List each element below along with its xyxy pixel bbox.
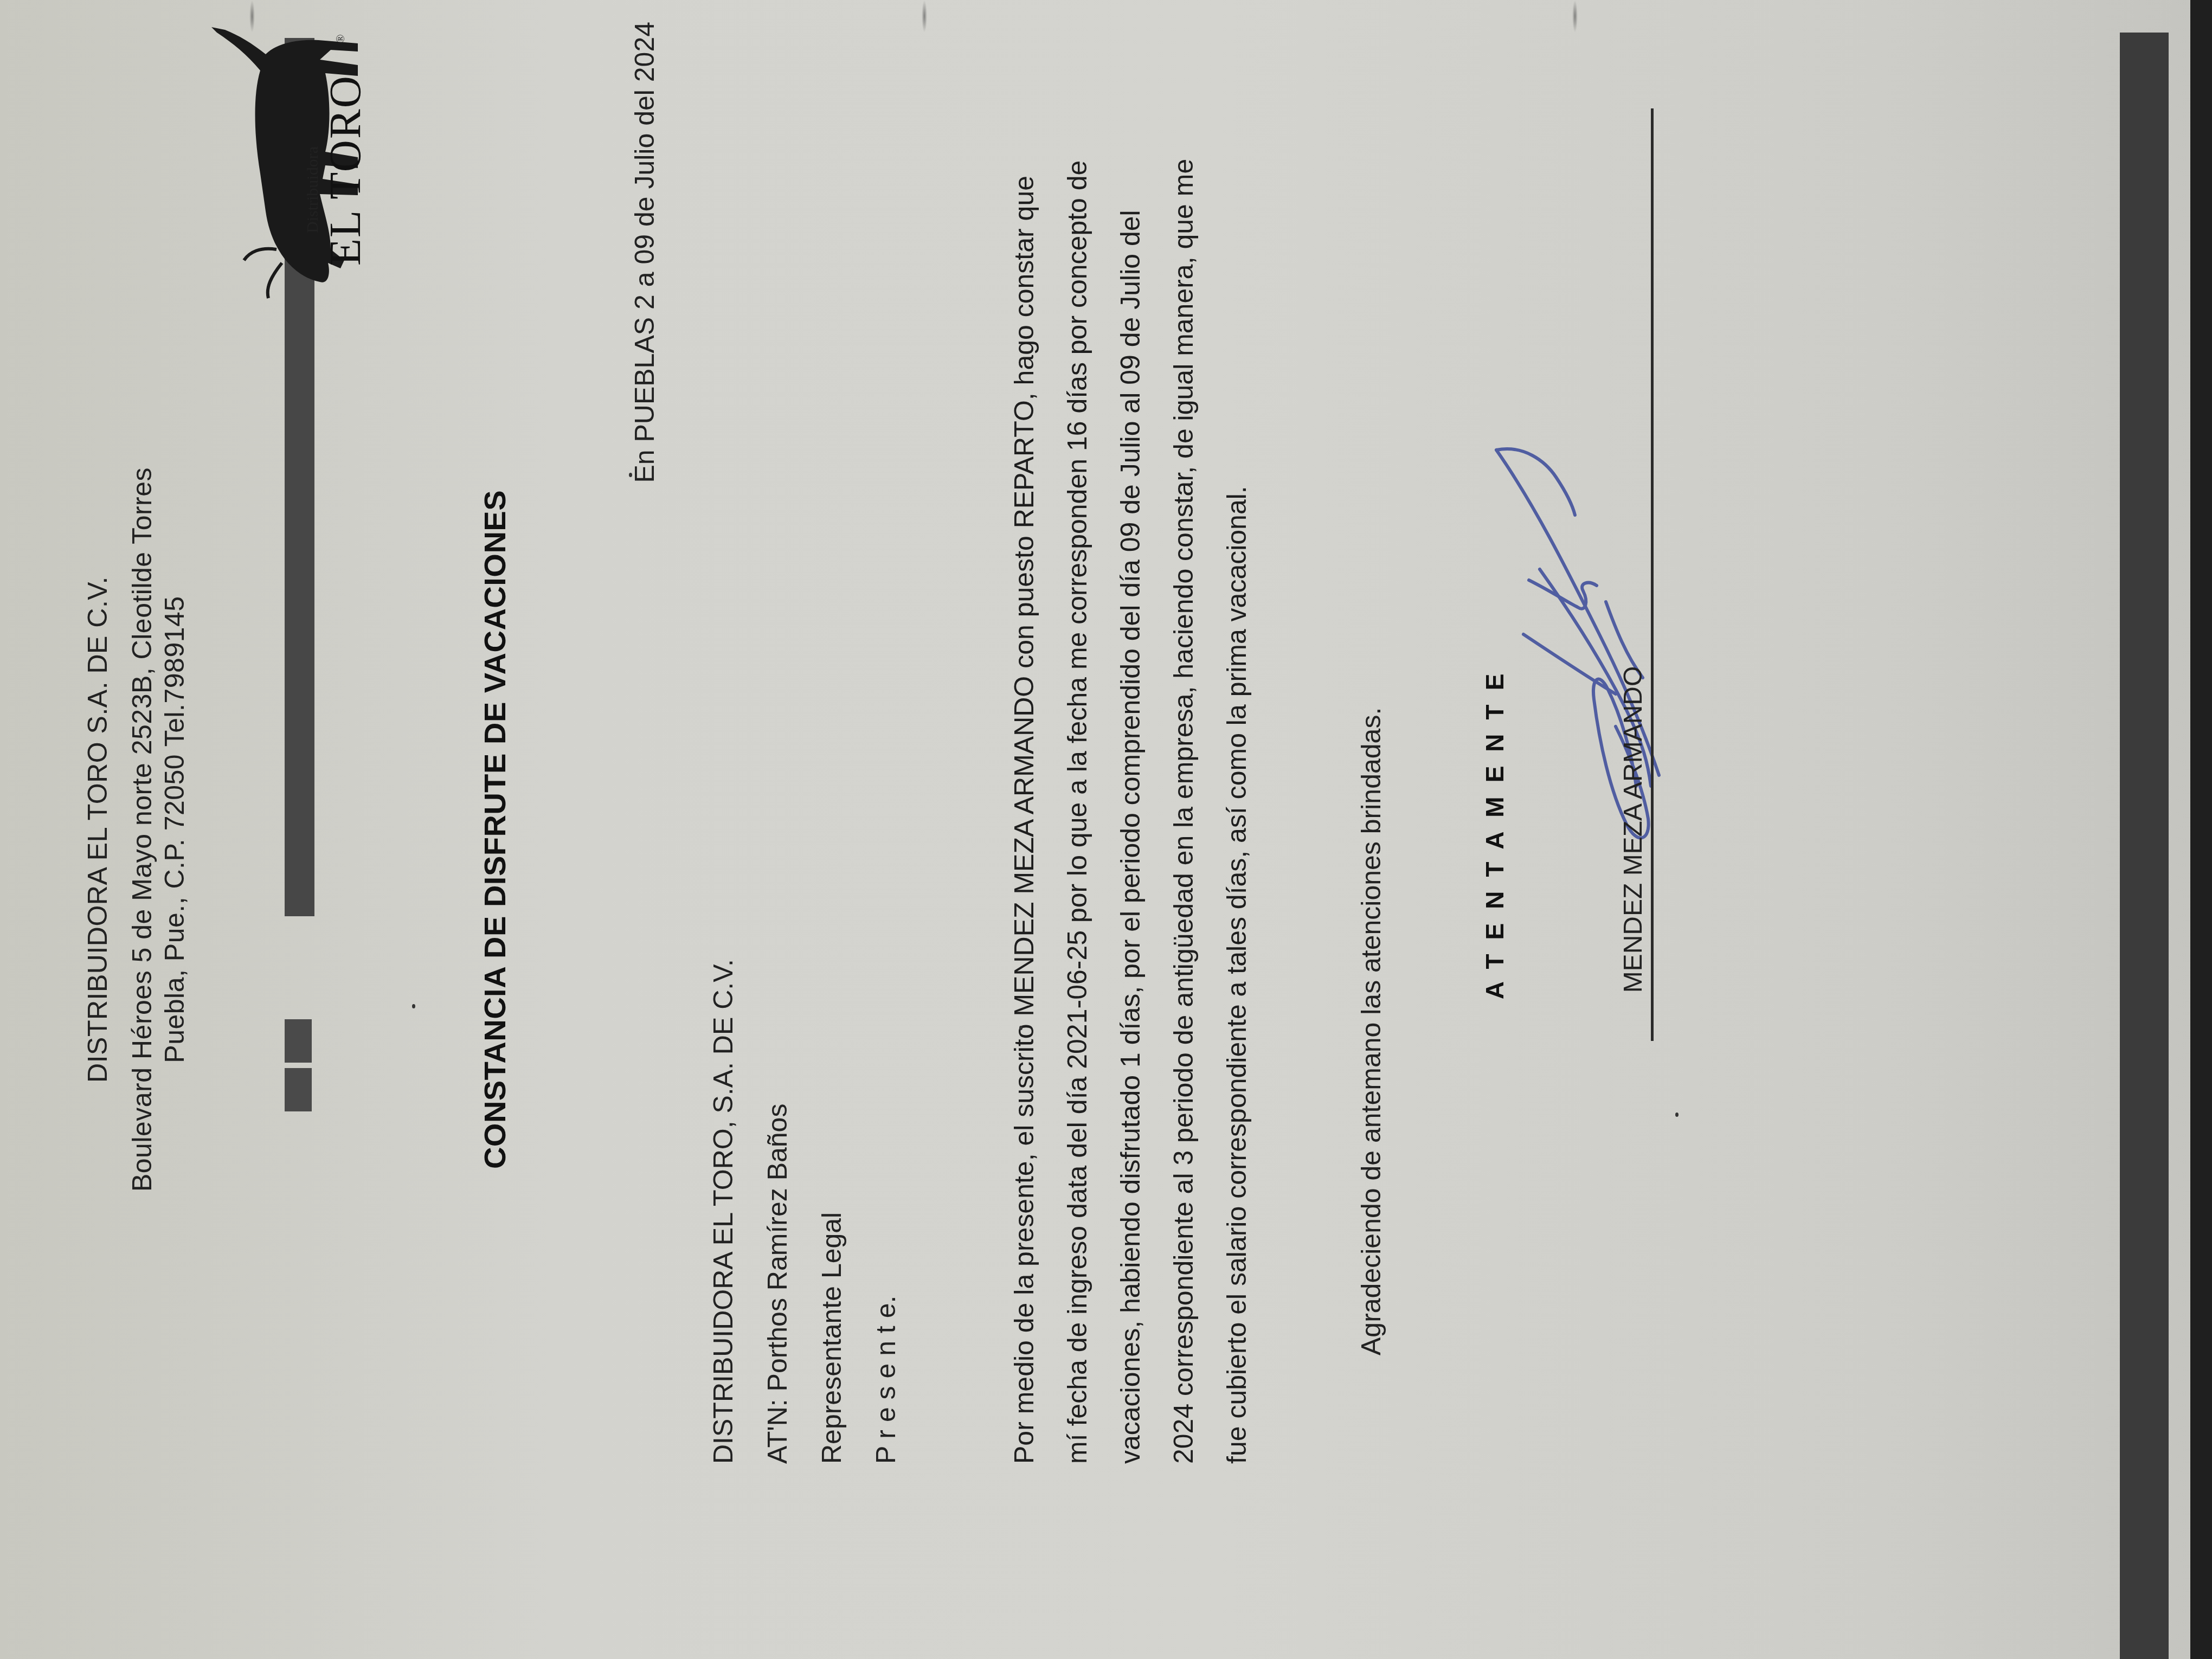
registered-mark: ® (333, 34, 348, 43)
letterhead-address-line2: Puebla, Pue., C.P. 72050 Tel.7989145 (158, 0, 191, 1659)
decorative-stripe (2190, 0, 2212, 1659)
body-line: fue cubierto el salario correspondiente … (1210, 217, 1263, 1464)
decorative-bar-segment (285, 1068, 312, 1111)
decorative-stripe (2120, 33, 2169, 1659)
scan-smudge (249, 0, 255, 33)
logo-brand: EL TORO (320, 75, 371, 266)
recipient-role: Representante Legal (816, 1212, 847, 1464)
body-line: Por medio de la presente, el suscrito ME… (998, 217, 1051, 1464)
handwritten-signature-icon (1464, 331, 1692, 981)
scan-smudge (922, 0, 927, 33)
document-page: DISTRIBUIDORA EL TORO S.A. DE C.V. Boule… (0, 0, 2212, 1659)
closing-thanks: Agradeciendo de antemano las atenciones … (1355, 708, 1387, 1355)
recipient-company: DISTRIBUIDORA EL TORO, S.A. DE C.V. (708, 959, 739, 1464)
body-line: mí fecha de ingreso data del día 2021-06… (1051, 217, 1104, 1464)
body-line: vacaciones, habiendo disfrutado 1 días, … (1104, 217, 1157, 1464)
signer-name: MENDEZ MEZA ARMANDO (1618, 0, 1648, 1659)
recipient-presente: P r e s e n t e. (870, 1296, 902, 1464)
signature-line (1651, 108, 1654, 1041)
document-title: CONSTANCIA DE DISFRUTE DE VACACIONES (477, 0, 512, 1659)
scan-speck (412, 1004, 415, 1008)
scan-speck (1675, 1113, 1679, 1117)
scan-speck (1019, 1026, 1023, 1030)
body-line: 2024 correspondiente al 3 periodo de ant… (1157, 217, 1210, 1464)
letterhead-company: DISTRIBUIDORA EL TORO S.A. DE C.V. (81, 0, 114, 1659)
place-date: En PUEBLAS 2 a 09 de Julio del 2024 (629, 22, 660, 483)
logo-small-text: Distribuidora (304, 146, 322, 233)
decorative-bar-segment (285, 1019, 312, 1063)
recipient-attention: AT'N: Porthos Ramírez Baños (762, 1104, 793, 1464)
scan-smudge (1572, 0, 1578, 33)
letterhead-address-line1: Boulevard Héroes 5 de Mayo norte 2523B, … (126, 0, 158, 1659)
body-paragraph: Por medio de la presente, el suscrito ME… (998, 217, 1263, 1464)
scan-speck (629, 473, 632, 477)
